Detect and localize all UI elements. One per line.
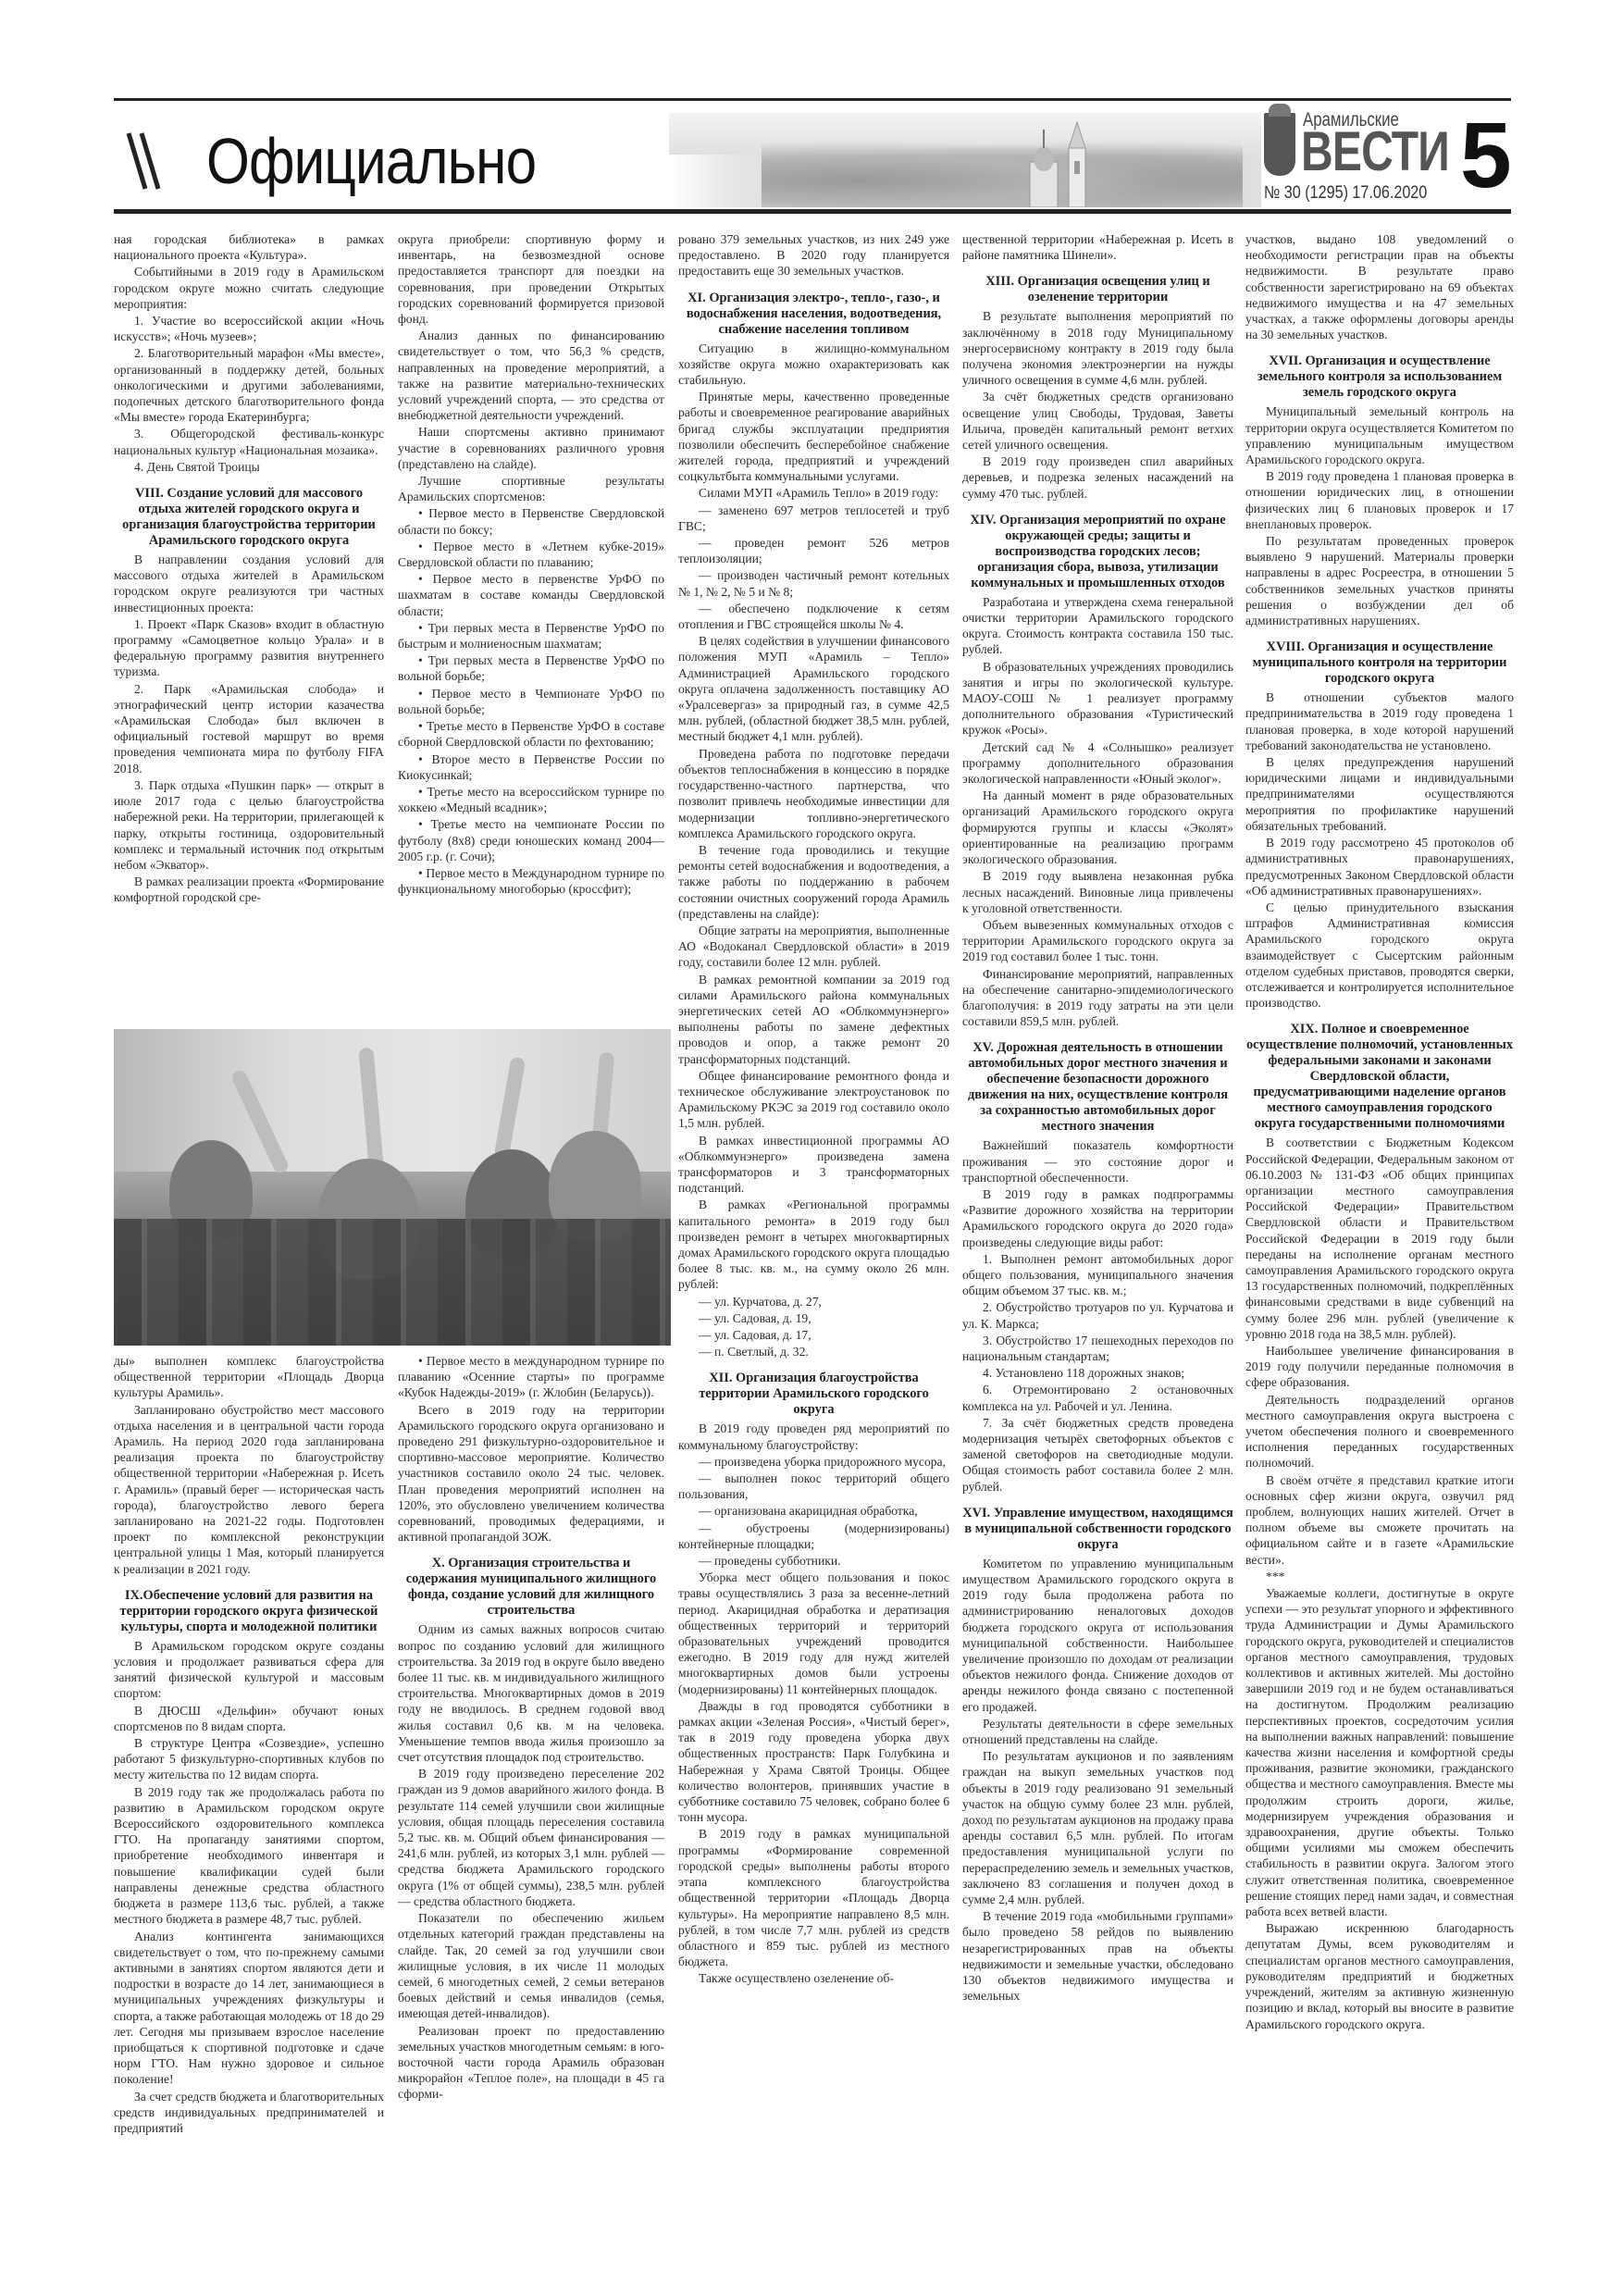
paragraph: Муниципальный земельный контроль на терр…	[1245, 403, 1514, 467]
paragraph: В 2019 году произведен спил аварийных де…	[962, 453, 1233, 502]
paragraph: — организована акарицидная обработка,	[678, 1503, 949, 1519]
paragraph: В образовательных учреждениях проводилис…	[962, 659, 1233, 738]
paragraph: В соответствии с Бюджетным Кодексом Росс…	[1245, 1135, 1514, 1342]
header-top-rule	[114, 98, 1511, 101]
paragraph: — ул. Садовая, д. 19,	[678, 1310, 949, 1326]
paragraph: В 2019 году так же продолжалась работа п…	[114, 1784, 384, 1928]
paragraph: За счет средств бюджета и благотворитель…	[114, 2089, 384, 2137]
section-heading: XIV. Организация мероприятий по охране о…	[962, 513, 1233, 591]
paragraph: щественной территории «Набережная р. Исе…	[962, 231, 1233, 263]
paragraph: Также осуществлено озеленение об-	[678, 1970, 949, 1986]
paragraph: В рамках «Региональной программы капитал…	[678, 1197, 949, 1292]
paragraph: В рамках реализации проекта «Формировани…	[114, 874, 384, 905]
paragraph: С целью принудительного взыскания штрафо…	[1245, 900, 1514, 1011]
paragraph: — п. Светлый, д. 32.	[678, 1344, 949, 1359]
paragraph: • Второе место в Первенстве России по Ки…	[398, 751, 664, 783]
paragraph: В направлении создания условий для массо…	[114, 552, 384, 615]
double-slash-icon	[125, 131, 171, 191]
paragraph: 2. Парк «Арамильская слобода» и этнограф…	[114, 681, 384, 776]
paragraph: ***	[1245, 1569, 1514, 1584]
paragraph: • Первое место в Первенстве Свердловской…	[398, 505, 664, 537]
issue-number-date: № 30 (1295) 17.06.2020	[1264, 183, 1427, 204]
paragraph: — обустроены (модернизированы) контейнер…	[678, 1520, 949, 1552]
column-1-top: ная городская библиотека» в рамках нацио…	[114, 231, 384, 907]
paragraph: Реализован проект по предоставлению земе…	[398, 2023, 664, 2103]
section-heading: XVI. Управление имуществом, находящимся …	[962, 1506, 1233, 1553]
paragraph: В целях содействия в улучшении финансово…	[678, 633, 949, 744]
paragraph: В 2019 году выявлена незаконная рубка ле…	[962, 868, 1233, 916]
paragraph: В результате выполнения мероприятий по з…	[962, 308, 1233, 388]
section-heading: XII. Организация благоустройства террито…	[678, 1371, 949, 1418]
paragraph: Уборка мест общего пользования и покос т…	[678, 1570, 949, 1697]
paragraph: Деятельность подразделений органов местн…	[1245, 1392, 1514, 1471]
section-heading: XVII. Организация и осуществление земель…	[1245, 354, 1514, 401]
paragraph: • Третье место в Первенстве УрФО в соста…	[398, 718, 664, 750]
paragraph: • Первое место в первенстве УрФО по шахм…	[398, 571, 664, 619]
paragraph: Всего в 2019 году на территории Арамильс…	[398, 1402, 664, 1545]
paragraph: — ул. Садовая, д. 17,	[678, 1327, 949, 1343]
paragraph: На данный момент в ряде образовательных …	[962, 788, 1233, 867]
paragraph: 2. Обустройство тротуаров по ул. Курчато…	[962, 1299, 1233, 1331]
paragraph: — проведен ремонт 526 метров теплоизоляц…	[678, 535, 949, 566]
column-4: щественной территории «Набережная р. Исе…	[962, 231, 1233, 2004]
header-bottom-rule	[114, 209, 1511, 214]
section-heading: IX.Обеспечение условий для развития на т…	[114, 1588, 384, 1635]
paragraph: — производен частичный ремонт котельных …	[678, 567, 949, 599]
paragraph: 3. Обустройство 17 пешеходных переходов …	[962, 1333, 1233, 1364]
paragraph: По результатам аукционов и по заявлениям…	[962, 1748, 1233, 1907]
column-3: ровано 379 земельных участков, из них 24…	[678, 231, 949, 1988]
paragraph: Анализ контингента занимающихся свидетел…	[114, 1929, 384, 2088]
paragraph: Запланировано обустройство мест массовог…	[114, 1402, 384, 1577]
paragraph: ная городская библиотека» в рамках нацио…	[114, 231, 384, 263]
paragraph: Общее финансирование ремонтного фонда и …	[678, 1068, 949, 1132]
paragraph: Принятые меры, качественно проведенные р…	[678, 389, 949, 484]
paragraph: В отношении субъектов малого предпринима…	[1245, 689, 1514, 753]
paragraph: 3. Общегородской фестиваль-конкурс нацио…	[114, 426, 384, 457]
paragraph: 3. Парк отдыха «Пушкин парк» — открыт в …	[114, 777, 384, 873]
paragraph: — выполнен покос территорий общего польз…	[678, 1471, 949, 1502]
paragraph: В течение 2019 года «мобильными группами…	[962, 1908, 1233, 2004]
section-heading: XVIII. Организация и осуществление муниц…	[1245, 639, 1514, 687]
paragraph: участков, выдано 108 уведомлений о необх…	[1245, 231, 1514, 342]
masthead: Официально Арамильские ВЕСТИ № 30 (1295)…	[114, 104, 1511, 207]
paragraph: ровано 379 земельных участков, из них 24…	[678, 231, 949, 279]
paragraph: 1. Выполнен ремонт автомобильных дорог о…	[962, 1251, 1233, 1299]
paragraph: 1. Участие во всероссийской акции «Ночь …	[114, 313, 384, 344]
paragraph: В рамках инвестиционной программы АО «Об…	[678, 1133, 949, 1197]
paragraph: — произведена уборка придорожного мусора…	[678, 1454, 949, 1470]
paragraph: — ул. Курчатова, д. 27,	[678, 1294, 949, 1309]
paragraph: В 2019 году проведена 1 плановая проверк…	[1245, 468, 1514, 532]
column-5: участков, выдано 108 уведомлений о необх…	[1245, 231, 1514, 2033]
paragraph: • Первое место в международном турнире п…	[398, 1353, 664, 1401]
coat-of-arms-icon	[1264, 113, 1295, 176]
paragraph: В своём отчёте я представил краткие итог…	[1245, 1472, 1514, 1568]
paragraph: В течение года проводились и текущие рем…	[678, 842, 949, 922]
paragraph: округа приобрели: спортивную форму и инв…	[398, 231, 664, 327]
paragraph: В 2019 году произведено переселение 202 …	[398, 1766, 664, 1909]
logo-main-text: ВЕСТИ	[1301, 124, 1449, 180]
paragraph: Уважаемые коллеги, достигнутые в округе …	[1245, 1585, 1514, 1919]
paragraph: Детский сад № 4 «Солнышко» реализует про…	[962, 739, 1233, 788]
paragraph: 4. День Святой Троицы	[114, 459, 384, 475]
paragraph: Дважды в год проводятся субботники в рам…	[678, 1698, 949, 1826]
paragraph: Анализ данных по финансированию свидетел…	[398, 328, 664, 423]
paragraph: Лучшие спортивные результаты Арамильских…	[398, 473, 664, 504]
church-icon	[1021, 120, 1104, 207]
paragraph: Комитетом по управлению муниципальным им…	[962, 1556, 1233, 1715]
paragraph: В структуре Центра «Созвездие», успешно …	[114, 1735, 384, 1783]
paragraph: В 2019 году в рамках муниципальной прогр…	[678, 1826, 949, 1969]
section-heading: VIII. Создание условий для массового отд…	[114, 486, 384, 549]
paragraph: 6. Отремонтировано 2 остановочных компле…	[962, 1382, 1233, 1413]
banner-photo-church	[669, 113, 1261, 207]
column-1-bottom: ды» выполнен комплекс благоустройства об…	[114, 1353, 384, 2137]
paragraph: • Третье место на всероссийском турнире …	[398, 784, 664, 815]
paragraph: Ситуацию в жилищно-коммунальном хозяйств…	[678, 341, 949, 389]
paragraph: ды» выполнен комплекс благоустройства об…	[114, 1353, 384, 1401]
paragraph: • Первое место в Международном турнире п…	[398, 865, 664, 897]
paragraph: Финансирование мероприятий, направленных…	[962, 966, 1233, 1030]
paragraph: Проведена работа по подготовке передачи …	[678, 746, 949, 841]
paragraph: • Первое место в Чемпионате УрФО по воль…	[398, 686, 664, 717]
paragraph: 4. Установлено 118 дорожных знаков;	[962, 1365, 1233, 1381]
paragraph: Наши спортсмены активно принимают участи…	[398, 424, 664, 472]
section-heading: X. Организация строительства и содержани…	[398, 1556, 664, 1619]
paragraph: Показатели по обеспечению жильем отдельн…	[398, 1910, 664, 2021]
paragraph: — проведены субботники.	[678, 1553, 949, 1569]
section-heading: XIII. Организация освещения улиц и озеле…	[962, 274, 1233, 305]
page-number: 5	[1460, 104, 1512, 207]
paragraph: • Первое место в «Летнем кубке-2019» Све…	[398, 539, 664, 570]
paragraph: Разработана и утверждена схема генеральн…	[962, 594, 1233, 658]
paragraph: В 2019 году проведен ряд мероприятий по …	[678, 1421, 949, 1452]
paragraph: 1. Проект «Парк Сказов» входит в областн…	[114, 616, 384, 680]
paragraph: В целях предупреждения нарушений юридиче…	[1245, 754, 1514, 834]
paragraph: — обеспечено подключение к сетям отоплен…	[678, 601, 949, 632]
paragraph: 7. За счёт бюджетных средств проведена м…	[962, 1415, 1233, 1495]
section-title: Официально	[206, 124, 536, 198]
paragraph: В рамках ремонтной компании за 2019 год …	[678, 972, 949, 1067]
paragraph: — заменено 697 метров теплосетей и труб …	[678, 503, 949, 534]
section-heading: XI. Организация электро-, тепло-, газо-,…	[678, 291, 949, 338]
section-heading: XV. Дорожная деятельность в отношении ав…	[962, 1040, 1233, 1135]
paragraph: Силами МУП «Арамиль Тепло» в 2019 году:	[678, 485, 949, 501]
section-heading: XIX. Полное и своевременное осуществлени…	[1245, 1022, 1514, 1132]
column-2-top: округа приобрели: спортивную форму и инв…	[398, 231, 664, 898]
paragraph: В 2019 году рассмотрено 45 протоколов об…	[1245, 835, 1514, 899]
paragraph: • Три первых места в Первенстве УрФО по …	[398, 652, 664, 684]
paragraph: Объем вывезенных коммунальных отходов с …	[962, 917, 1233, 965]
paragraph: 2. Благотворительный марафон «Мы вместе»…	[114, 345, 384, 425]
paragraph: Важнейший показатель комфортности прожив…	[962, 1137, 1233, 1185]
paragraph: Общие затраты на мероприятия, выполненны…	[678, 923, 949, 971]
meeting-photo	[114, 1029, 671, 1346]
paragraph: Событийными в 2019 году в Арамильском го…	[114, 264, 384, 312]
paragraph: Выражаю искреннюю благодарность депутата…	[1245, 1920, 1514, 2031]
paragraph: По результатам проведенных проверок выяв…	[1245, 533, 1514, 628]
paragraph: • Третье место на чемпионате России по ф…	[398, 816, 664, 864]
column-2-bottom: • Первое место в международном турнире п…	[398, 1353, 664, 2104]
paragraph: • Три первых места в Первенстве УрФО по …	[398, 620, 664, 652]
paragraph: В Арамильском городском округе созданы у…	[114, 1638, 384, 1702]
paragraph: В 2019 году в рамках подпрограммы «Разви…	[962, 1186, 1233, 1250]
paragraph: Наибольшее увеличение финансирования в 2…	[1245, 1343, 1514, 1391]
paragraph: За счёт бюджетных средств организовано о…	[962, 389, 1233, 453]
paragraph: В ДЮСШ «Дельфин» обучают юных спортсмено…	[114, 1703, 384, 1734]
paragraph: Результаты деятельности в сфере земельны…	[962, 1716, 1233, 1747]
paragraph: Одним из самых важных вопросов считаю во…	[398, 1621, 664, 1765]
